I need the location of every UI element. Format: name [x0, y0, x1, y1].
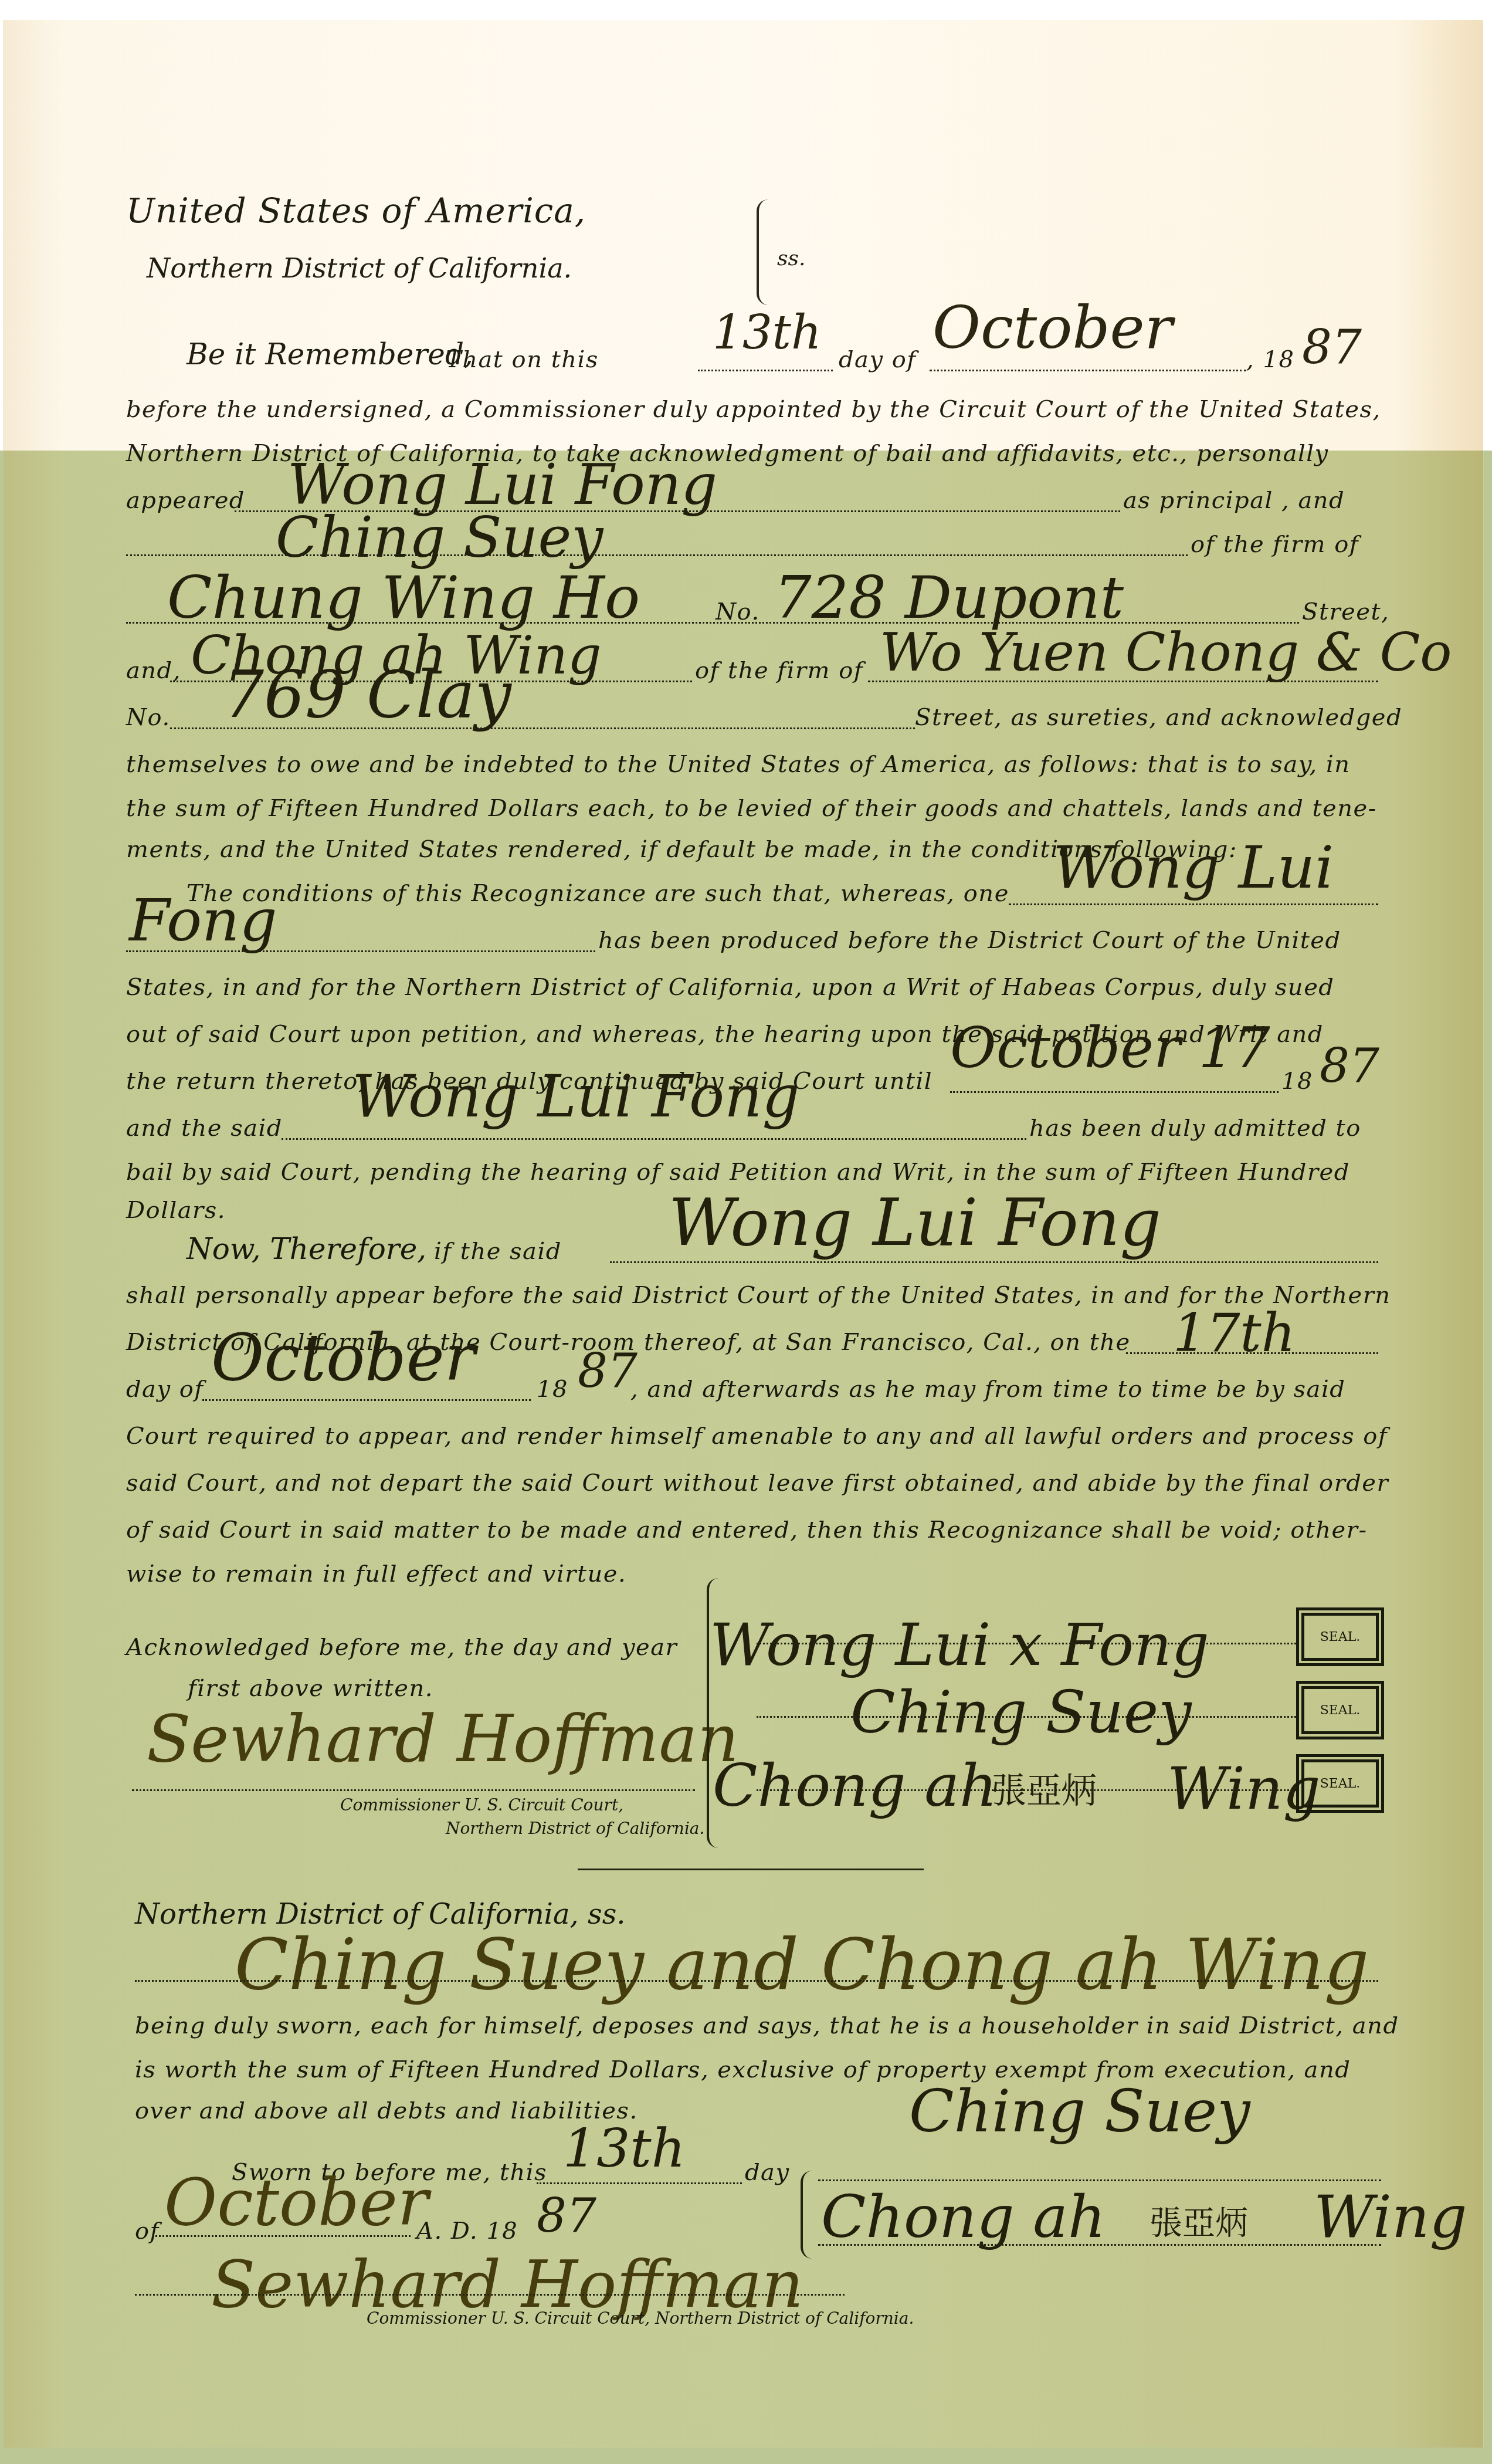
- recognizance-line: States, in and for the Northern District…: [126, 974, 1334, 1001]
- now-therefore-line: Court required to appear, and render him…: [126, 1423, 1388, 1450]
- header-line-1: United States of America,: [126, 191, 586, 231]
- overlay-right-edge: [1484, 451, 1492, 2464]
- if-the-said-label: if the said: [434, 1238, 562, 1265]
- now-therefore-line: said Court, and not depart the said Cour…: [126, 1470, 1389, 1497]
- day-of-label: day of: [839, 346, 917, 373]
- year-prefix: , 18: [1246, 346, 1294, 373]
- afterwards-label: , and afterwards as he may from time to …: [630, 1376, 1345, 1403]
- acknowledged-line-1: Acknowledged before me, the day and year: [126, 1634, 677, 1661]
- handwritten-sworn-day: 13th: [563, 2118, 686, 2179]
- handwritten-year: 87: [1302, 320, 1362, 374]
- as-principal-label: as principal , and: [1123, 487, 1345, 514]
- that-on-this: That on this: [446, 346, 599, 373]
- now-therefore-label: Now, Therefore,: [186, 1232, 426, 1266]
- handwritten-said-name: Wong Lui Fong: [352, 1062, 800, 1131]
- sworn-of-label: of: [135, 2218, 160, 2245]
- signature-surety2-chinese: 張亞炳: [991, 1763, 1097, 1813]
- appeared-label: appeared: [126, 487, 245, 514]
- now-name-line: [610, 1261, 1378, 1263]
- header-ss: ss.: [777, 246, 805, 270]
- month-field-line: [930, 370, 1246, 371]
- and-the-said-label: and the said: [126, 1115, 283, 1142]
- admitted-label: has been duly admitted to: [1029, 1115, 1361, 1142]
- recognizance-line: the sum of Fifteen Hundred Dollars each,…: [126, 795, 1377, 822]
- overlay-bottom-edge: [0, 2448, 1492, 2464]
- sworn-day-suffix: day: [745, 2159, 790, 2186]
- day-of-label-2: day of: [126, 1376, 204, 1403]
- be-it-remembered: Be it Remembered,: [186, 337, 473, 371]
- affidavit-caption: Commissioner U. S. Circuit Court, Northe…: [367, 2309, 914, 2328]
- commissioner-caption-1: Commissioner U. S. Circuit Court,: [340, 1795, 623, 1815]
- affidavit-line: being duly sworn, each for himself, depo…: [135, 2012, 1399, 2039]
- signature-surety1: Ching Suey: [850, 1678, 1192, 1747]
- signature-principal-line: [757, 1643, 1296, 1644]
- affiants-line: [135, 1980, 1378, 1982]
- continued-year-prefix: 18: [1281, 1068, 1313, 1095]
- said-name-line: [282, 1138, 1026, 1140]
- of-the-firm-label-2: of the firm of: [695, 657, 863, 684]
- commissioner-signature-line-2: [135, 2294, 845, 2296]
- sworn-ad-label: A. D. 18: [416, 2218, 518, 2245]
- now-therefore-line: of said Court in said matter to be made …: [126, 1517, 1367, 1544]
- no-label: No.: [716, 598, 760, 625]
- handwritten-sworn-year: 87: [537, 2188, 596, 2243]
- affidavit-signature-2: Chong ah: [821, 2182, 1106, 2251]
- handwritten-whereas-one-1: Wong Lui: [1053, 833, 1334, 902]
- handwritten-continued-until: October 17: [950, 1015, 1270, 1081]
- commissioner-signature-1: Sewhard Hoffman: [147, 1701, 739, 1776]
- commissioner-caption-2: Northern District of California.: [446, 1819, 704, 1838]
- handwritten-sworn-month: October: [164, 2165, 428, 2240]
- commissioner-signature-line-1: [132, 1789, 695, 1791]
- seal-2: SEAL.: [1296, 1681, 1384, 1739]
- handwritten-surety1: Ching Suey: [276, 505, 603, 570]
- continued-until-line: [950, 1091, 1279, 1093]
- seal-1: SEAL.: [1296, 1607, 1384, 1666]
- of-the-firm-label: of the firm of: [1191, 531, 1359, 558]
- handwritten-appear-day: 17th: [1173, 1302, 1296, 1364]
- header-brace: [757, 199, 771, 305]
- recognizance-line: before the undersigned, a Commissioner d…: [126, 396, 1381, 423]
- section-divider: [578, 1869, 924, 1870]
- recognizance-line: bail by said Court, pending the hearing …: [126, 1159, 1350, 1186]
- affidavit-signature-line-2: [818, 2244, 1381, 2246]
- handwritten-surety2-address: 769 Clay: [223, 657, 511, 732]
- handwritten-appear-month: October: [211, 1320, 475, 1395]
- sureties-label: Street, as sureties, and acknowledged: [915, 704, 1402, 731]
- signature-principal: Wong Lui x Fong: [710, 1610, 1209, 1679]
- handwritten-appear-year: 87: [578, 1343, 638, 1398]
- conditions-line: The conditions of this Recognizance are …: [186, 880, 1009, 907]
- affidavit-signature-line-1: [818, 2179, 1381, 2181]
- handwritten-surety2-firm: Wo Yuen Chong & Co: [880, 622, 1452, 683]
- handwritten-month: October: [933, 293, 1172, 362]
- handwritten-whereas-one-2: Fong: [129, 886, 277, 955]
- handwritten-surety1-firm: Chung Wing Ho: [167, 563, 640, 632]
- acknowledged-line-2: first above written.: [188, 1675, 433, 1702]
- affidavit-signature-1: Ching Suey: [909, 2077, 1250, 2145]
- appear-year-prefix: 18: [537, 1376, 568, 1403]
- overlay-left-edge: [0, 451, 4, 2464]
- signature-surety1-line: [757, 1716, 1296, 1718]
- signature-surety2-line: [757, 1789, 1296, 1791]
- whereas-one-line: [1009, 903, 1378, 905]
- handwritten-affiants: Ching Suey and Chong ah Wing: [235, 1924, 1369, 2006]
- handwritten-day: 13th: [713, 305, 821, 360]
- affidavit-signature-2-end: Wing: [1314, 2182, 1467, 2251]
- produced-label: has been produced before the District Co…: [598, 927, 1341, 954]
- now-therefore-line: wise to remain in full effect and virtue…: [126, 1561, 626, 1588]
- signature-surety2: Chong ah: [713, 1751, 997, 1820]
- affidavit-signature-2-chinese: 張亞炳: [1149, 2197, 1248, 2244]
- day-field-line: [698, 370, 833, 371]
- handwritten-now-name: Wong Lui Fong: [669, 1185, 1161, 1260]
- seal-3: SEAL.: [1296, 1754, 1384, 1813]
- no-label-2: No.: [126, 704, 171, 731]
- handwritten-continued-year: 87: [1320, 1038, 1379, 1093]
- sworn-day-line: [537, 2182, 742, 2184]
- recognizance-line: Dollars.: [126, 1197, 226, 1224]
- recognizance-line: themselves to owe and be indebted to the…: [126, 751, 1351, 778]
- affidavit-line: over and above all debts and liabilities…: [135, 2097, 638, 2124]
- affidavit-brace: [801, 2171, 812, 2259]
- appear-month-line: [202, 1399, 531, 1401]
- header-line-2: Northern District of California.: [147, 252, 572, 284]
